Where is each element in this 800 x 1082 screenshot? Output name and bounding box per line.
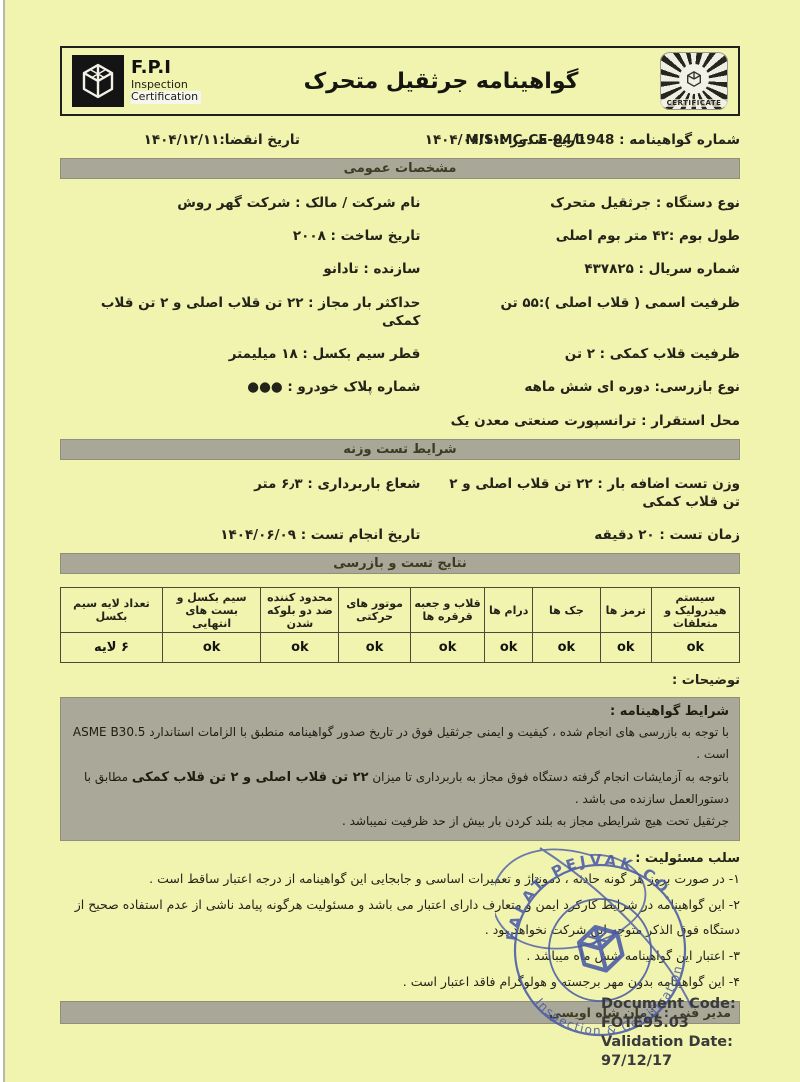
conditions-line-2-pre: باتوجه به آزمایشات انجام گرفته دستگاه فو… xyxy=(369,770,729,784)
header-box: F.P.I Inspection Certification گواهینامه… xyxy=(60,46,740,116)
field-nominal-capacity: ظرفیت اسمی ( قلاب اصلی ):۵۵ تن xyxy=(420,294,740,330)
field-owner-company: نام شرکت / مالک : شرکت گهر روش xyxy=(60,194,420,212)
results-header-row: سیستم هیدرولیک و متعلقات ترمز ها جک ها د… xyxy=(61,588,740,633)
field-wire-diameter: قطر سیم بکسل : ۱۸ میلیمتر xyxy=(60,345,420,363)
general-row: ظرفیت اسمی ( قلاب اصلی ):۵۵ تن حداکثر با… xyxy=(60,294,740,330)
section-bar-general: مشخصات عمومی xyxy=(60,158,740,179)
results-col-header: قلاب و جعبه قرقره ها xyxy=(410,588,485,633)
results-value: ۶ لایه xyxy=(61,633,163,663)
conditions-title: شرایط گواهینامه : xyxy=(71,704,729,719)
results-col-header: محدود کننده ضد دو بلوکه شدن xyxy=(261,588,339,633)
test-row: زمان تست : ۲۰ دقیقه تاریخ انجام تست : ۱۴… xyxy=(60,526,740,544)
results-col-header: سیستم هیدرولیک و متعلقات xyxy=(651,588,739,633)
disclaimer-item: ۴- این گواهینامه بدون مهر برجسته و هولوگ… xyxy=(60,969,740,995)
field-manufacturer: سازنده : تادانو xyxy=(60,260,420,278)
conditions-line-1: با توجه به بازرسی های انجام شده ، کیفیت … xyxy=(71,722,729,765)
disclaimer-section: سلب مسئولیت : ۱- در صورت بروز هر گونه حا… xyxy=(60,851,740,994)
logo-abbr: F.P.I xyxy=(131,58,201,79)
general-row: طول بوم :۴۲ متر بوم اصلی تاریخ ساخت : ۲۰… xyxy=(60,227,740,245)
field-build-year: تاریخ ساخت : ۲۰۰۸ xyxy=(60,227,420,245)
field-inspection-type: نوع بازرسی: دوره ای شش ماهه xyxy=(420,378,740,396)
document-content: F.P.I Inspection Certification گواهینامه… xyxy=(60,46,740,1024)
results-col-header: سیم بکسل و بست های انتهایی xyxy=(162,588,260,633)
results-table: سیستم هیدرولیک و متعلقات ترمز ها جک ها د… xyxy=(60,587,740,663)
seal-label: CERTIFICATE xyxy=(660,99,728,107)
disclaimer-title: سلب مسئولیت : xyxy=(60,851,740,866)
issue-date: تاریخ صدور :۱۴۰۴/۰۶/۱۱ xyxy=(425,132,585,148)
field-boom-length: طول بوم :۴۲ متر بوم اصلی xyxy=(420,227,740,245)
field-location: محل استقرار : ترانسپورت صنعتی معدن یک xyxy=(60,412,740,430)
field-test-date: تاریخ انجام تست : ۱۴۰۴/۰۶/۰۹ xyxy=(60,526,420,544)
section-bar-test-conditions: شرایط تست وزنه xyxy=(60,439,740,460)
conditions-line-3: جرثقیل تحت هیچ شرایطی مجاز به بلند کردن … xyxy=(71,811,729,833)
field-serial-number: شماره سریال : ۴۳۷۸۲۵ xyxy=(420,260,740,278)
results-col-header: موتور های حرکتی xyxy=(339,588,410,633)
results-value: ok xyxy=(651,633,739,663)
field-plate-number: شماره پلاک خودرو : ●●● xyxy=(60,378,420,396)
field-device-type: نوع دستگاه : جرثقیل متحرک xyxy=(420,194,740,212)
document-code: Document Code: FOTE95.03 xyxy=(601,995,800,1033)
certificate-meta-row: شماره گواهینامه : MIS-MC-CE-04/1948 تاری… xyxy=(60,132,740,151)
results-col-header: درام ها xyxy=(485,588,533,633)
general-row: نوع دستگاه : جرثقیل متحرک نام شرکت / مال… xyxy=(60,194,740,212)
validation-date: Validation Date: 97/12/17 xyxy=(601,1033,800,1071)
results-value: ok xyxy=(410,633,485,663)
logo-text: F.P.I Inspection Certification xyxy=(131,58,201,104)
results-value: ok xyxy=(162,633,260,663)
scan-edge-line xyxy=(3,0,5,1082)
results-value: ok xyxy=(261,633,339,663)
field-lifting-radius: شعاع باربرداری : ۶٫۳ متر xyxy=(60,475,420,511)
footer-document-code: Document Code: FOTE95.03 Validation Date… xyxy=(601,995,800,1070)
results-value-row: ok ok ok ok ok ok ok ok ۶ لایه xyxy=(61,633,740,663)
field-overload-weight: وزن تست اضافه بار : ۲۲ تن قلاب اصلی و ۲ … xyxy=(420,475,740,511)
results-value: ok xyxy=(339,633,410,663)
results-value: ok xyxy=(485,633,533,663)
fpi-cube-icon xyxy=(72,55,124,107)
seal-core-cube-icon xyxy=(679,64,709,94)
results-col-header: ترمز ها xyxy=(600,588,651,633)
test-row: وزن تست اضافه بار : ۲۲ تن قلاب اصلی و ۲ … xyxy=(60,475,740,511)
results-col-header: جک ها xyxy=(532,588,600,633)
field-test-duration: زمان تست : ۲۰ دقیقه xyxy=(420,526,740,544)
general-row: محل استقرار : ترانسپورت صنعتی معدن یک xyxy=(60,412,740,430)
results-value: ok xyxy=(532,633,600,663)
company-logo: F.P.I Inspection Certification xyxy=(72,55,222,107)
disclaimer-item: ۲- این گواهینامه در شرایط کارکرد ایمن و … xyxy=(60,892,740,943)
conditions-line-2-bold: ۲۲ تن قلاب اصلی و ۲ تن قلاب کمکی xyxy=(132,770,369,785)
results-value: ok xyxy=(600,633,651,663)
conditions-line-2: باتوجه به آزمایشات انجام گرفته دستگاه فو… xyxy=(71,766,729,811)
certificate-page: F.P.I Inspection Certification گواهینامه… xyxy=(0,0,800,1082)
section-bar-results: نتایج تست و بازرسی xyxy=(60,553,740,574)
disclaimer-item: ۱- در صورت بروز هر گونه حادثه ، دمونتاژ … xyxy=(60,866,740,892)
logo-line-certification: Certification xyxy=(131,91,201,104)
page-title: گواهینامه جرثقیل متحرک xyxy=(222,69,660,94)
results-col-header: تعداد لایه سیم بکسل xyxy=(61,588,163,633)
field-aux-hook-capacity: ظرفیت قلاب کمکی : ۲ تن xyxy=(420,345,740,363)
notes-label: توضیحات : xyxy=(60,673,740,688)
field-max-load: حداکثر بار مجاز : ۲۲ تن قلاب اصلی و ۲ تن… xyxy=(60,294,420,330)
general-row: ظرفیت قلاب کمکی : ۲ تن قطر سیم بکسل : ۱۸… xyxy=(60,345,740,363)
hologram-seal-icon: CERTIFICATE xyxy=(660,52,728,110)
expiry-date: تاریخ انقضا:۱۴۰۴/۱۲/۱۱ xyxy=(144,132,300,148)
general-row: نوع بازرسی: دوره ای شش ماهه شماره پلاک خ… xyxy=(60,378,740,396)
general-row: شماره سریال : ۴۳۷۸۲۵ سازنده : تادانو xyxy=(60,260,740,278)
disclaimer-item: ۳- اعتبار این گواهینامه شش ماه میباشد . xyxy=(60,943,740,969)
certificate-conditions-box: شرایط گواهینامه : با توجه به بازرسی های … xyxy=(60,697,740,841)
